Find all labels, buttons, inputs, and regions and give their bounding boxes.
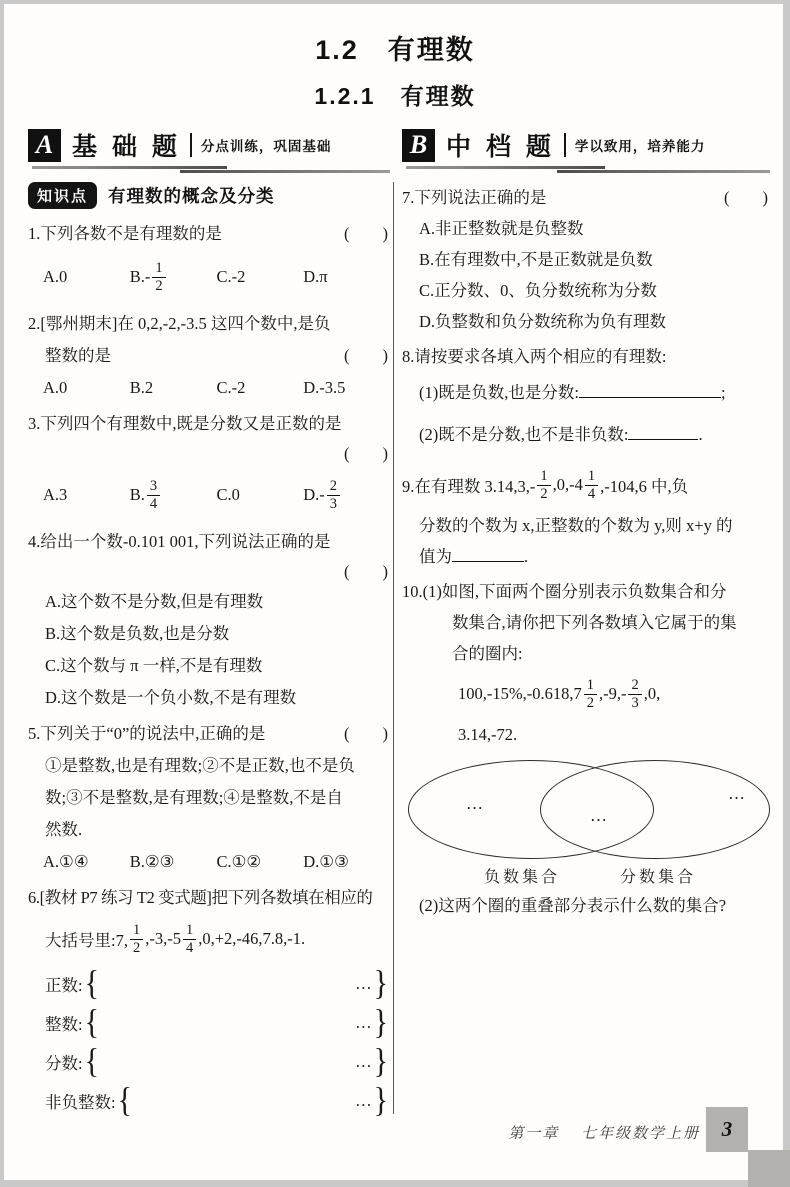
ellipsis: … (355, 1091, 372, 1111)
category-label: 分数: (45, 1050, 83, 1074)
close-brace: } (374, 964, 388, 1003)
fraction-denominator: 4 (148, 496, 159, 513)
close-brace: } (374, 1042, 388, 1081)
question-10-line2: 数集合,请你把下列各数填入它属于的集 (402, 607, 770, 638)
fill-category-positive: 正数: { … } (28, 964, 390, 1003)
question-3-options: A.3 B. 3 4 C.0 D.- 2 3 (28, 468, 390, 522)
option-a: A.①④ (43, 846, 130, 878)
answer-blank (579, 395, 721, 398)
question-1: 1.下列各数不是有理数的是 ( ) A.0 B.- 1 2 C.-2 D.π (28, 218, 390, 304)
fraction-denominator: 2 (538, 486, 549, 503)
section-a-header: A 基 础 题 分点训练，巩固基础 (28, 126, 390, 164)
option-b: B.在有理数中,不是正数就是负数 (402, 244, 770, 275)
section-a-rule (28, 165, 390, 174)
question-2-text-line1: 2.[鄂州期末]在 0,2,-2,-3.5 这四个数中,是负 (28, 308, 390, 340)
open-brace: { (85, 1003, 99, 1042)
fraction: 1 2 (537, 468, 550, 502)
section-b-header: B 中 档 题 学以致用，培养能力 (402, 126, 770, 164)
fraction-numerator: 2 (628, 677, 641, 695)
ellipsis: … (355, 1052, 372, 1072)
fraction: 2 3 (628, 677, 641, 711)
question-10: 10.(1)如图,下面两个圈分别表示负数集合和分 数集合,请你把下列各数填入它属… (402, 576, 770, 921)
section-a-subtitle: 分点训练，巩固基础 (190, 133, 332, 157)
question-6: 6.[教材 P7 练习 T2 变式题]把下列各数填在相应的 大括号里:7, 1 … (28, 882, 390, 1120)
fraction-numerator: 1 (130, 922, 143, 940)
question-2: 2.[鄂州期末]在 0,2,-2,-3.5 这四个数中,是负 整数的是 ( ) … (28, 308, 390, 404)
footer-book-title: 七年级数学上册 (581, 1126, 700, 1142)
question-9-line3-text: 值为 (419, 547, 452, 566)
fraction: 2 3 (327, 478, 340, 512)
answer-paren: ( ) (344, 340, 390, 372)
fraction-denominator: 2 (153, 278, 164, 295)
question-1-stem: 1.下列各数不是有理数的是 ( ) (28, 218, 390, 250)
option-d: D.- 2 3 (303, 478, 390, 512)
fraction: 1 4 (183, 922, 196, 956)
fraction-numerator: 1 (152, 260, 165, 278)
option-d: D.-3.5 (303, 372, 390, 404)
question-8-sub2-text: (2)既不是分数,也不是非负数: (419, 425, 628, 444)
left-column: A 基 础 题 分点训练，巩固基础 知识点 有理数的概念及分类 1.下列各数不是… (28, 126, 390, 1124)
question-6-numbers-part: 大括号里:7, (45, 927, 128, 951)
ellipsis: … (355, 974, 372, 994)
fraction-denominator: 4 (586, 486, 597, 503)
close-brace: } (374, 1081, 388, 1120)
question-8-text: 8.请按要求各填入两个相应的有理数: (402, 341, 770, 372)
option-c: C.①② (217, 846, 304, 878)
option-a: A.0 (43, 267, 130, 287)
page-number: 3 (722, 1117, 733, 1142)
option-a: A.这个数不是分数,但是有理数 (28, 586, 390, 618)
answer-blank (628, 437, 698, 440)
fraction-set-circle (540, 760, 770, 859)
section-a-badge: A (28, 129, 61, 162)
fraction-denominator: 2 (131, 940, 142, 957)
question-6-numbers: 大括号里:7, 1 2 ,-3,-5 1 4 ,0,+2,-46,7.8,-1. (28, 914, 390, 964)
question-8-sub2: (2)既不是分数,也不是非负数:. (402, 414, 770, 456)
page-title: 1.2 有理数 (0, 28, 790, 67)
question-9-part: ,0,-4 (553, 475, 583, 495)
option-c: C.0 (217, 485, 304, 505)
question-3: 3.下列四个有理数中,既是分数又是正数的是 ( ) A.3 B. 3 4 C.0… (28, 408, 390, 522)
option-c: C.这个数与 π 一样,不是有理数 (28, 650, 390, 682)
fill-category-nonneg-integers: 非负整数: { … } (28, 1081, 390, 1120)
ellipsis: … (728, 784, 747, 804)
option-b: B.2 (130, 372, 217, 404)
fraction-set-label: 分数集合 (620, 864, 696, 887)
question-8-sub2-punct: . (698, 425, 702, 444)
question-10-numbers: 100,-15%,-0.618,7 1 2 ,-9,- 2 3 ,0, (402, 669, 770, 719)
question-10-numbers-part: ,0, (644, 684, 661, 704)
question-8-sub1: (1)既是负数,也是分数:; (402, 372, 770, 414)
page-footer: 第一章 七年级数学上册 (0, 1122, 700, 1143)
section-b-subtitle: 学以致用，培养能力 (564, 133, 706, 157)
option-d-label: D.- (303, 485, 325, 505)
option-a: A.3 (43, 485, 130, 505)
question-5-statements-line3: 然数. (28, 814, 390, 846)
question-4: 4.给出一个数-0.101 001,下列说法正确的是 ( ) A.这个数不是分数… (28, 526, 390, 714)
option-c: C.-2 (217, 267, 304, 287)
question-9-part: 9.在有理数 3.14,3,- (402, 473, 535, 497)
answer-paren: ( ) (28, 558, 390, 586)
question-5-statements-line2: 数;③不是整数,是有理数;④是整数,不是自 (28, 782, 390, 814)
option-d: D.负整数和负分数统称为负有理数 (402, 306, 770, 337)
question-5-text: 5.下列关于“0”的说法中,正确的是 (28, 718, 265, 750)
option-c: C.-2 (217, 372, 304, 404)
question-9-part: ,-104,6 中,负 (600, 473, 688, 497)
question-10-numbers-part: 100,-15%,-0.618,7 (458, 684, 582, 704)
workbook-page: 1.2 有理数 1.2.1 有理数 A 基 础 题 分点训练，巩固基础 知识点 … (0, 0, 790, 1187)
right-column: B 中 档 题 学以致用，培养能力 7.下列说法正确的是 ( ) A.非正整数就… (402, 126, 770, 925)
fraction: 1 4 (585, 468, 598, 502)
question-4-text: 4.给出一个数-0.101 001,下列说法正确的是 (28, 526, 390, 558)
fraction-denominator: 3 (629, 695, 640, 712)
ellipsis: … (466, 794, 485, 814)
category-label: 整数: (45, 1011, 83, 1035)
question-1-options: A.0 B.- 1 2 C.-2 D.π (28, 250, 390, 304)
answer-paren: ( ) (28, 440, 390, 468)
question-5-statements-line1: ①是整数,也是有理数;②不是正数,也不是负 (28, 750, 390, 782)
fraction: 1 2 (152, 260, 165, 294)
fill-category-fractions: 分数: { … } (28, 1042, 390, 1081)
question-8-sub1-punct: ; (721, 383, 726, 402)
fraction-denominator: 2 (585, 695, 596, 712)
footer-chapter: 第一章 (508, 1126, 559, 1142)
option-d: D.①③ (303, 846, 390, 878)
question-10-numbers-part: ,-9,- (599, 684, 627, 704)
answer-blank (452, 559, 524, 562)
open-brace: { (118, 1081, 132, 1120)
option-b: B.②③ (130, 846, 217, 878)
option-a: A.0 (43, 372, 130, 404)
page-number-box: 3 (706, 1107, 748, 1152)
option-c: C.正分数、0、负分数统称为分数 (402, 275, 770, 306)
fraction: 1 2 (130, 922, 143, 956)
question-10-line5: 3.14,-72. (402, 719, 770, 750)
question-5-options: A.①④ B.②③ C.①② D.①③ (28, 846, 390, 878)
fraction-numerator: 2 (327, 478, 340, 496)
option-d: D.这个数是一个负小数,不是有理数 (28, 682, 390, 714)
question-10-part2: (2)这两个圈的重叠部分表示什么数的集合? (402, 890, 770, 921)
question-2-stem: 整数的是 ( ) (28, 340, 390, 372)
question-7-stem: 7.下列说法正确的是 ( ) (402, 182, 770, 213)
fill-category-integers: 整数: { … } (28, 1003, 390, 1042)
knowledge-point-row: 知识点 有理数的概念及分类 (28, 182, 390, 209)
question-5-stem: 5.下列关于“0”的说法中,正确的是 ( ) (28, 718, 390, 750)
section-b-title: 中 档 题 (446, 127, 555, 163)
section-a-title: 基 础 题 (72, 127, 181, 163)
fraction-numerator: 3 (147, 478, 160, 496)
question-5: 5.下列关于“0”的说法中,正确的是 ( ) ①是整数,也是有理数;②不是正数,… (28, 718, 390, 878)
column-divider (393, 182, 394, 1114)
fraction-numerator: 1 (585, 468, 598, 486)
question-2-text-line2: 整数的是 (45, 340, 111, 372)
question-6-text: 6.[教材 P7 练习 T2 变式题]把下列各数填在相应的 (28, 882, 390, 914)
option-b: B. 3 4 (130, 478, 217, 512)
question-9-line1: 9.在有理数 3.14,3,- 1 2 ,0,-4 1 4 ,-104,6 中,… (402, 460, 770, 510)
fraction-numerator: 1 (584, 677, 597, 695)
section-b-rule (402, 165, 770, 174)
fraction: 1 2 (584, 677, 597, 711)
category-label: 正数: (45, 972, 83, 996)
fraction-numerator: 1 (537, 468, 550, 486)
knowledge-point-title: 有理数的概念及分类 (108, 183, 275, 208)
option-b: B.这个数是负数,也是分数 (28, 618, 390, 650)
page-subtitle: 1.2.1 有理数 (0, 78, 790, 111)
corner-decoration-box (748, 1150, 790, 1187)
category-label: 非负整数: (45, 1089, 116, 1113)
question-1-text: 1.下列各数不是有理数的是 (28, 218, 222, 250)
open-brace: { (85, 1042, 99, 1081)
question-10-line3: 合的圈内: (402, 638, 770, 669)
section-b-badge: B (402, 129, 435, 162)
negative-set-label: 负数集合 (484, 864, 560, 887)
option-b-label: B.- (130, 267, 151, 287)
venn-labels: 负数集合 分数集合 (402, 862, 770, 890)
fraction-numerator: 1 (183, 922, 196, 940)
fraction: 3 4 (147, 478, 160, 512)
question-9: 9.在有理数 3.14,3,- 1 2 ,0,-4 1 4 ,-104,6 中,… (402, 460, 770, 572)
question-9-line2: 分数的个数为 x,正整数的个数为 y,则 x+y 的 (402, 510, 770, 541)
question-2-options: A.0 B.2 C.-2 D.-3.5 (28, 372, 390, 404)
ellipsis: … (355, 1013, 372, 1033)
option-b-label: B. (130, 485, 145, 505)
fraction-denominator: 4 (184, 940, 195, 957)
knowledge-point-badge: 知识点 (28, 182, 97, 209)
answer-paren: ( ) (344, 718, 390, 750)
option-a: A.非正整数就是负整数 (402, 213, 770, 244)
question-8-sub1-text: (1)既是负数,也是分数: (419, 383, 579, 402)
question-7-text: 7.下列说法正确的是 (402, 182, 546, 213)
answer-paren: ( ) (724, 182, 770, 213)
close-brace: } (374, 1003, 388, 1042)
open-brace: { (85, 964, 99, 1003)
question-3-text: 3.下列四个有理数中,既是分数又是正数的是 (28, 408, 390, 440)
question-6-numbers-part: ,0,+2,-46,7.8,-1. (198, 929, 305, 949)
question-9-line3: 值为. (402, 541, 770, 572)
question-9-line3-punct: . (524, 547, 528, 566)
question-7: 7.下列说法正确的是 ( ) A.非正整数就是负整数 B.在有理数中,不是正数就… (402, 182, 770, 337)
fraction-denominator: 3 (328, 496, 339, 513)
option-b: B.- 1 2 (130, 260, 217, 294)
question-6-numbers-part: ,-3,-5 (145, 929, 181, 949)
question-8: 8.请按要求各填入两个相应的有理数: (1)既是负数,也是分数:; (2)既不是… (402, 341, 770, 456)
option-d: D.π (303, 267, 390, 287)
question-10-line1: 10.(1)如图,下面两个圈分别表示负数集合和分 (402, 576, 770, 607)
ellipsis: … (590, 806, 609, 826)
answer-paren: ( ) (344, 218, 390, 250)
venn-diagram: … … … (402, 760, 770, 862)
